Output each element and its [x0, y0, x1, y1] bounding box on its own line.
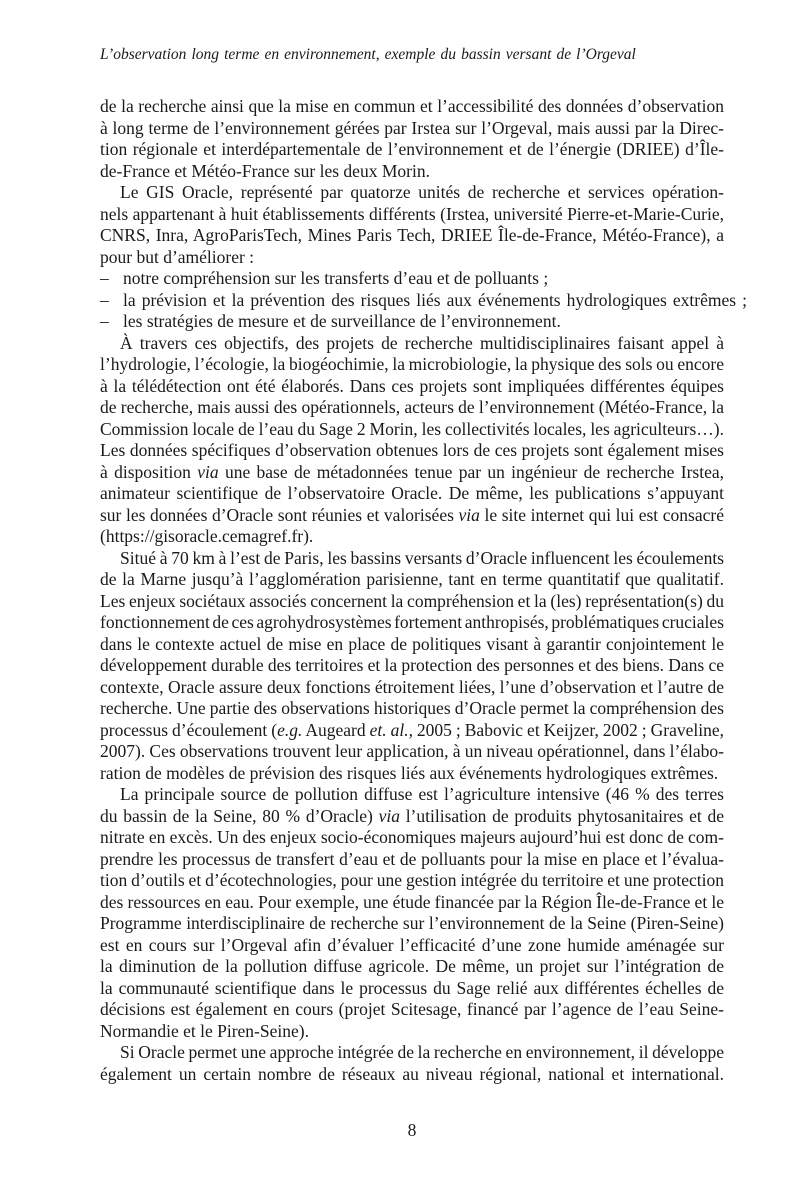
text-line: également un certain nombre de réseaux a…: [100, 1064, 724, 1086]
body-text: de la recherche ainsi que la mise en com…: [100, 96, 724, 1085]
text-line: est en cours sur l’Orgeval afin d’évalue…: [100, 935, 724, 957]
document-page: L’observation long terme en environnemen…: [0, 0, 800, 1200]
text-line: des ressources en eau. Pour exemple, une…: [100, 892, 724, 914]
paragraph: Le GIS Oracle, représenté par quatorze u…: [100, 182, 724, 268]
text-line: de recherche, mais aussi des opérationne…: [100, 397, 724, 419]
text-line: pour but d’améliorer :: [100, 247, 724, 269]
paragraph: À travers ces objectifs, des projets de …: [100, 333, 724, 548]
paragraph: La principale source de pollution diffus…: [100, 784, 724, 1042]
text-line: à la télédétection ont été élaborés. Dan…: [100, 376, 724, 398]
text-line: animateur scientifique de l’observatoire…: [100, 483, 724, 505]
text-line: sur les données d’Oracle sont réunies et…: [100, 505, 724, 527]
text-line: la communauté scientifique dans le proce…: [100, 978, 724, 1000]
bullet-list: –notre compréhension sur les transferts …: [100, 268, 724, 333]
text-line: contexte, Oracle assure deux fonctions é…: [100, 677, 724, 699]
text-line: de la recherche ainsi que la mise en com…: [100, 96, 724, 118]
text-line: Les données spécifiques d’observation ob…: [100, 440, 724, 462]
text-line: nels appartenant à huit établissements d…: [100, 204, 724, 226]
text-line: dans le contexte actuel de mise en place…: [100, 634, 724, 656]
text-line: Programme interdisciplinaire de recherch…: [100, 913, 724, 935]
paragraph: Situé à 70 km à l’est de Paris, les bass…: [100, 548, 724, 785]
text-line: Si Oracle permet une approche intégrée d…: [100, 1042, 724, 1064]
text-line: processus d’écoulement (e.g. Augeard et.…: [100, 720, 724, 742]
list-dash: –: [100, 311, 123, 333]
text-line: Normandie et le Piren-Seine).: [100, 1021, 724, 1043]
list-item: –notre compréhension sur les transferts …: [100, 268, 724, 290]
paragraph: Si Oracle permet une approche intégrée d…: [100, 1042, 724, 1085]
text-line: à long terme de l’environnement gérées p…: [100, 118, 724, 140]
text-line: prendre les processus de transfert d’eau…: [100, 849, 724, 871]
text-line: (https://gisoracle.cemagref.fr).: [100, 526, 724, 548]
text-line: à disposition via une base de métadonnée…: [100, 462, 724, 484]
text-line: Situé à 70 km à l’est de Paris, les bass…: [100, 548, 724, 570]
list-dash: –: [100, 268, 123, 290]
text-line: de-France et Météo-France sur les deux M…: [100, 161, 724, 183]
list-item: –les stratégies de mesure et de surveill…: [100, 311, 724, 333]
text-line: ration de modèles de prévision des risqu…: [100, 763, 724, 785]
text-line: CNRS, Inra, AgroParisTech, Mines Paris T…: [100, 225, 724, 247]
text-line: Commission locale de l’eau du Sage 2 Mor…: [100, 419, 724, 441]
text-line: décisions est également en cours (projet…: [100, 999, 724, 1021]
text-line: À travers ces objectifs, des projets de …: [100, 333, 724, 355]
list-item: –la prévision et la prévention des risqu…: [100, 290, 724, 312]
text-line: la diminution de la pollution diffuse ag…: [100, 956, 724, 978]
running-header: L’observation long terme en environnemen…: [100, 45, 724, 65]
text-line: recherche. Une partie des observations h…: [100, 698, 724, 720]
text-line: Le GIS Oracle, représenté par quatorze u…: [100, 182, 724, 204]
text-line: Les enjeux sociétaux associés concernent…: [100, 591, 724, 613]
text-line: l’hydrologie, l’écologie, la biogéochimi…: [100, 354, 724, 376]
text-line: tion d’outils et d’écotechnologies, pour…: [100, 870, 724, 892]
page-number: 8: [100, 1119, 724, 1141]
text-line: de la Marne jusqu’à l’agglomération pari…: [100, 569, 724, 591]
text-line: tion régionale et interdépartementale de…: [100, 139, 724, 161]
text-line: 2007). Ces observations trouvent leur ap…: [100, 741, 724, 763]
text-line: fonctionnement de ces agrohydrosystèmes …: [100, 612, 724, 634]
text-line: développement durable des territoires et…: [100, 655, 724, 677]
text-line: nitrate en excès. Un des enjeux socio-éc…: [100, 827, 724, 849]
text-line: du bassin de la Seine, 80 % d’Oracle) vi…: [100, 806, 724, 828]
paragraph: de la recherche ainsi que la mise en com…: [100, 96, 724, 182]
list-dash: –: [100, 290, 123, 312]
text-line: La principale source de pollution diffus…: [100, 784, 724, 806]
